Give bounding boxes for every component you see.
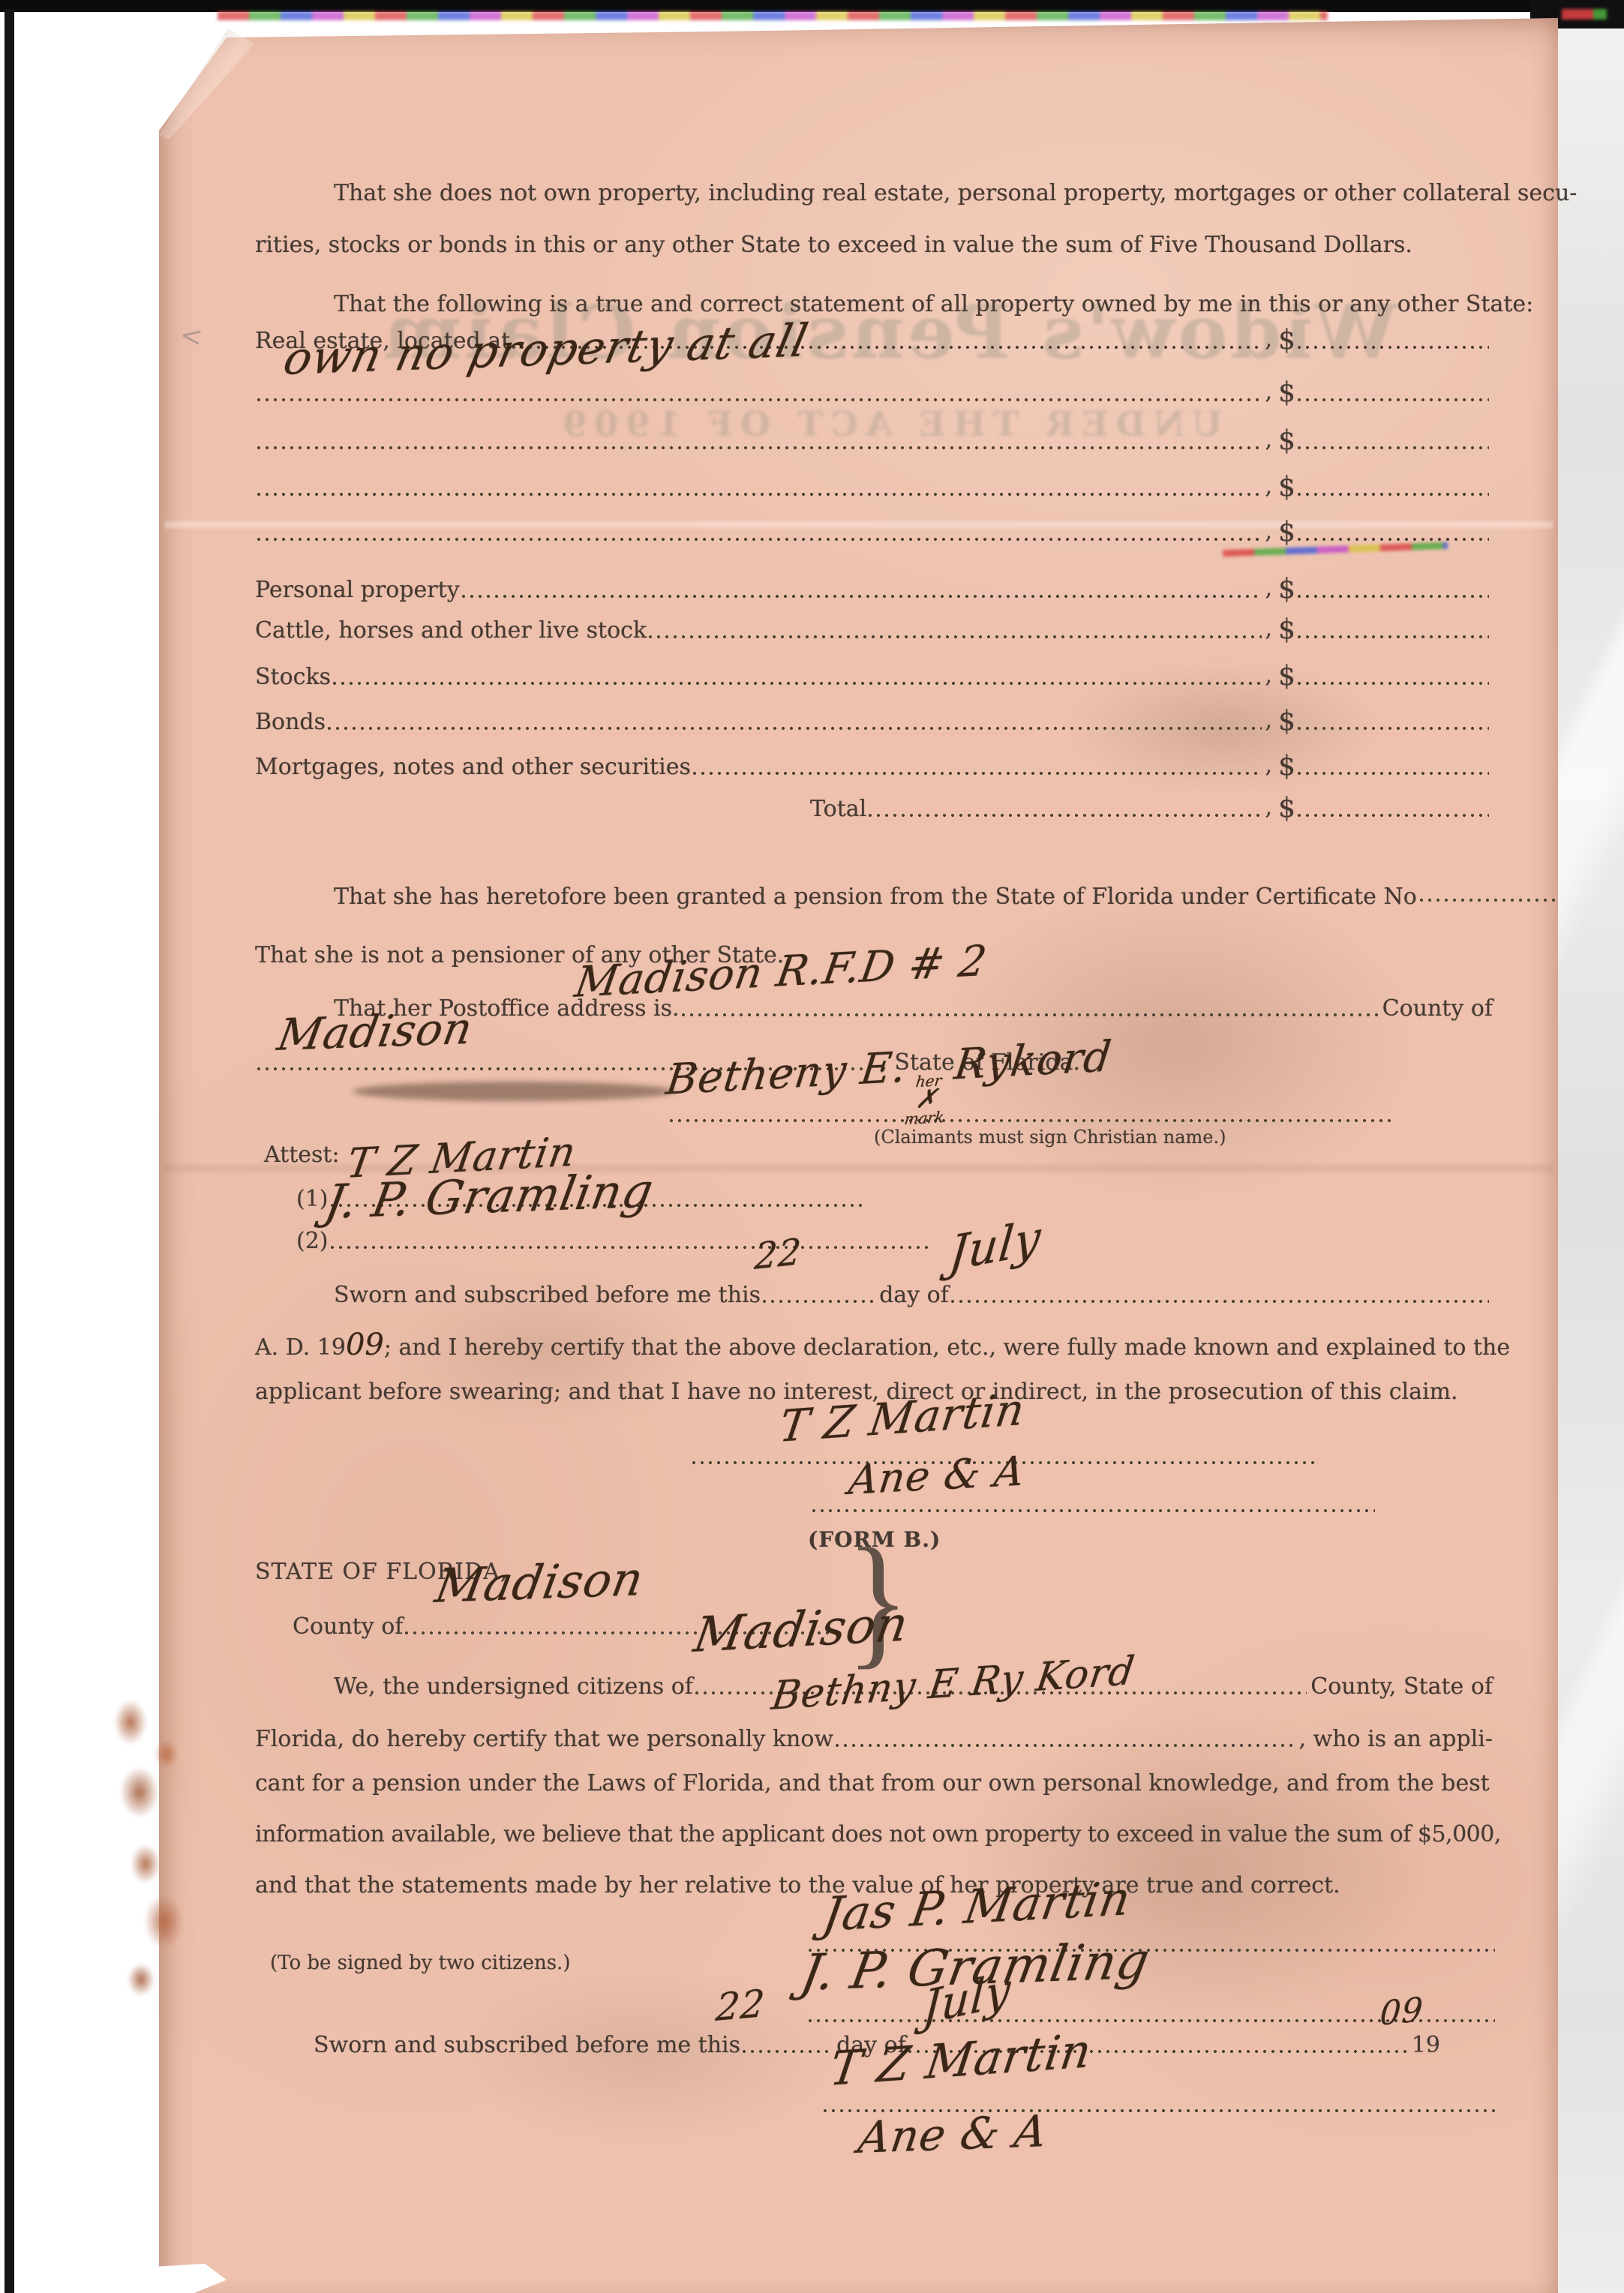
dollar-sign: $: [1278, 578, 1295, 602]
county-handwriting-b: Madison: [431, 1551, 648, 1613]
row-label: Stocks: [255, 664, 331, 690]
county-state-of-label: County, State of: [1310, 1673, 1493, 1700]
dotted-leader: [1298, 398, 1489, 401]
comma: ,: [1265, 518, 1273, 545]
dotted-leader: [693, 772, 1262, 775]
officer-title-1: Ane & A: [846, 1447, 1028, 1504]
comma: ,: [1265, 427, 1273, 453]
money-row-blank-4: ,$: [255, 513, 1493, 546]
year-handwriting-2: 09: [1379, 1990, 1424, 2033]
day-of-label: day of: [879, 1282, 949, 1308]
total-label: Total: [810, 796, 866, 822]
ad19-label: A. D. 19: [255, 1334, 346, 1361]
dollar-sign: $: [1278, 797, 1295, 821]
dollar-sign: $: [1278, 476, 1295, 500]
scan-rainbow-glint: [218, 11, 1328, 20]
her-mark: her ✗ mark: [904, 1073, 950, 1126]
dollar-sign: $: [1278, 429, 1295, 453]
postoffice-county-handwriting: Madison: [274, 1003, 477, 1061]
dotted-leader: [1298, 595, 1489, 598]
dotted-leader: [1298, 446, 1489, 449]
comma: ,: [1265, 575, 1273, 602]
info-line: information available, we believe that t…: [255, 1821, 1501, 1847]
dotted-leader: [328, 727, 1262, 730]
scanner-top-bar: [0, 0, 1624, 12]
dotted-leader: [1298, 814, 1489, 817]
dotted-leader: [257, 446, 1262, 449]
money-row-mortgages: Mortgages, notes and other securities ,$: [255, 747, 1493, 780]
comma: ,: [1265, 794, 1273, 821]
scanned-document-page: < Widow's Pension Claim UNDER THE ACT OF…: [0, 0, 1624, 2293]
rust-stain: [104, 1697, 194, 1824]
money-row-stocks: Stocks ,$: [255, 657, 1493, 690]
dotted-leader: [1298, 493, 1489, 496]
row-label: Personal property: [255, 577, 460, 603]
comma: ,: [1265, 326, 1273, 353]
postoffice-row: That her Postoffice address is. County o…: [334, 989, 1493, 1022]
dollar-sign: $: [1278, 329, 1295, 353]
attest-number-2: (2): [296, 1228, 329, 1254]
rust-stain: [110, 1839, 200, 2004]
dotted-leader: [763, 1300, 875, 1303]
comma: ,: [1265, 662, 1273, 689]
day-handwriting-1: 22: [753, 1231, 803, 1278]
dotted-leader: [1420, 899, 1555, 902]
certify-rest: ; and I hereby certify that the above de…: [384, 1334, 1510, 1361]
dollar-sign: $: [1278, 755, 1295, 779]
money-row-personal-property: Personal property ,$: [255, 570, 1493, 603]
dotted-leader: [1298, 727, 1489, 730]
scan-rainbow-glint-small: [1562, 9, 1607, 20]
mark-label: mark: [904, 1110, 945, 1126]
comma: ,: [1265, 707, 1273, 734]
dotted-leader: [257, 493, 1262, 496]
cant-line: cant for a pension under the Laws of Flo…: [255, 1770, 1490, 1796]
money-row-blank-2: ,$: [255, 422, 1493, 455]
day-handwriting-2: 22: [714, 1982, 767, 2030]
sworn-label-2: Sworn and subscribed before me this: [314, 2032, 740, 2058]
dotted-leader: [257, 398, 1262, 401]
comma: ,: [1265, 473, 1273, 500]
dotted-leader: [257, 538, 1262, 541]
pencil-mark: <: [178, 320, 205, 353]
para1-line1: That she does not own property, includin…: [334, 180, 1577, 206]
dollar-sign: $: [1278, 618, 1295, 642]
claimant-note: (Claimants must sign Christian name.): [874, 1127, 1226, 1148]
dollar-sign: $: [1278, 710, 1295, 734]
dotted-leader: [331, 1246, 931, 1249]
certificate-line: That she has heretofore been granted a p…: [334, 884, 1556, 910]
true-correct-line: and that the statements made by her rela…: [255, 1872, 1340, 1898]
attest-label: Attest:: [264, 1142, 340, 1168]
undersigned-label: We, the undersigned citizens of: [334, 1673, 693, 1700]
para2-line: That the following is a true and correct…: [334, 291, 1533, 317]
certify-know-row: Florida, do hereby certify that we perso…: [255, 1719, 1493, 1752]
dotted-leader: [1298, 346, 1489, 349]
sworn-row-1: Sworn and subscribed before me this day …: [334, 1275, 1493, 1308]
money-row-total: Total ,$: [810, 789, 1493, 822]
dotted-leader: [1298, 635, 1489, 638]
signature-line: [812, 1509, 1375, 1512]
certify-know-label: Florida, do hereby certify that we perso…: [255, 1726, 833, 1752]
dotted-leader: [462, 595, 1262, 598]
certificate-text: That she has heretofore been granted a p…: [334, 884, 1417, 910]
dollar-sign: $: [1278, 521, 1295, 545]
scanner-left-bar: [5, 9, 14, 2293]
two-citizens-note: (To be signed by two citizens.): [270, 1952, 570, 1974]
row-label: Mortgages, notes and other securities: [255, 754, 691, 780]
plastic-sleeve-edge: [1558, 11, 1624, 2293]
money-row-bonds: Bonds ,$: [255, 702, 1493, 735]
dotted-leader: [836, 1744, 1295, 1747]
who-applicant-label: , who is an appli-: [1298, 1726, 1493, 1752]
row-label: Bonds: [255, 709, 326, 735]
comma: ,: [1265, 379, 1273, 405]
money-row-blank-3: ,$: [255, 468, 1493, 501]
money-row-cattle: Cattle, horses and other live stock ,$: [255, 611, 1493, 644]
para1-line2: rities, stocks or bonds in this or any o…: [255, 232, 1412, 258]
attest-number-1: (1): [296, 1186, 329, 1212]
county-of-label-b: County of: [293, 1613, 403, 1640]
dotted-leader: [1298, 538, 1489, 541]
dotted-leader: [951, 1300, 1489, 1303]
dotted-leader: [1298, 772, 1489, 775]
dotted-leader: [649, 635, 1261, 638]
row-label: Cattle, horses and other live stock: [255, 617, 647, 644]
claimant-signature-last: Rykord: [952, 1032, 1115, 1089]
dotted-leader: [1298, 682, 1489, 685]
ink-smudge: [353, 1082, 675, 1101]
dotted-leader: [869, 814, 1261, 817]
sworn-label: Sworn and subscribed before me this: [334, 1282, 761, 1308]
comma: ,: [1265, 616, 1273, 642]
county-of-label: County of: [1382, 995, 1493, 1022]
year-handwriting-ad: 09: [346, 1328, 384, 1362]
ad-line: A. D. 1909; and I hereby certify that th…: [255, 1328, 1510, 1362]
dotted-leader: [333, 682, 1262, 685]
dotted-leader: [743, 2050, 833, 2053]
printed-19: 19: [1412, 2032, 1440, 2058]
officer-title-2: Ane & A: [855, 2105, 1050, 2163]
citizens-county-handwriting: Madison: [690, 1596, 912, 1664]
dotted-leader: [682, 1013, 1379, 1016]
dollar-sign: $: [1278, 381, 1295, 405]
comma: ,: [1265, 752, 1273, 779]
dollar-sign: $: [1278, 665, 1295, 689]
